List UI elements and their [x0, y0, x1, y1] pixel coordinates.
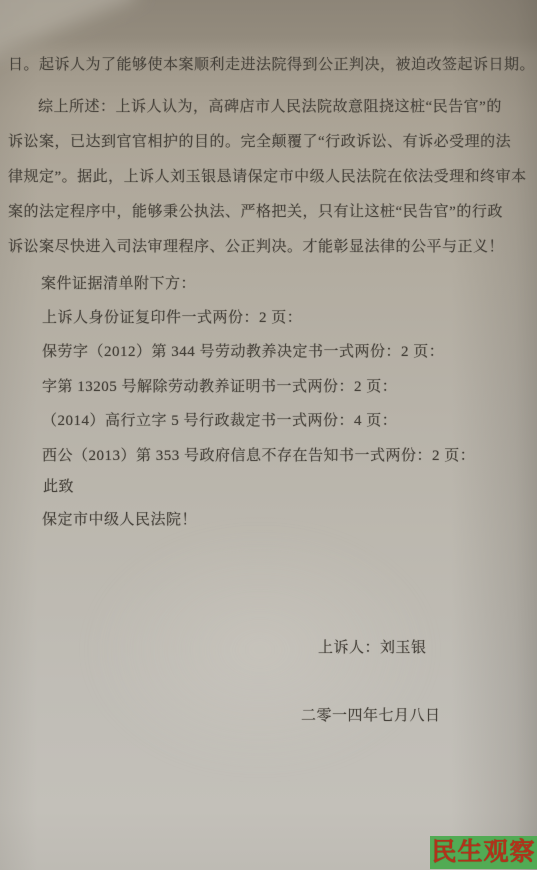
- court-name: 保定市中级人民法院！: [42, 508, 197, 529]
- evidence-item: 西公（2013）第 353 号政府信息不存在告知书一式两份：2 页：: [42, 444, 475, 465]
- watermark-text: 民生观察: [431, 839, 535, 866]
- paragraph-line: 诉讼案，已达到官官相护的目的。完全颠覆了“行政诉讼、有诉必受理的法: [8, 130, 511, 151]
- paragraph-line: 综上所述：上诉人认为，高碑店市人民法院故意阻挠这桩“民告官”的: [38, 95, 502, 116]
- closing-salutation: 此致: [43, 475, 74, 496]
- evidence-list-heading: 案件证据清单附下方：: [41, 272, 196, 293]
- photographed-document: 日。起诉人为了能够使本案顺利走进法院得到公正判决，被迫改签起诉日期。 综上所述：…: [0, 0, 537, 870]
- paragraph-line: 诉讼案尽快进入司法审理程序、公正判决。才能彰显法律的公平与正义！: [8, 235, 504, 256]
- paragraph-line: 案的法定程序中，能够秉公执法、严格把关，只有让这桩“民告官”的行政: [8, 200, 503, 221]
- paragraph-line: 日。起诉人为了能够使本案顺利走进法院得到公正判决，被迫改签起诉日期。: [8, 53, 535, 74]
- watermark-badge: 民生观察: [430, 836, 537, 869]
- evidence-item: 保劳字（2012）第 344 号劳动教养决定书一式两份：2 页：: [42, 340, 444, 361]
- appellant-signature: 上诉人：刘玉银: [318, 636, 427, 657]
- document-date: 二零一四年七月八日: [301, 704, 441, 725]
- evidence-item: 字第 13205 号解除劳动教养证明书一式两份：2 页：: [42, 375, 397, 396]
- evidence-item: （2014）高行立字 5 号行政裁定书一式两份：4 页：: [42, 409, 397, 430]
- evidence-item: 上诉人身份证复印件一式两份：2 页：: [42, 306, 302, 327]
- paragraph-line: 律规定”。据此，上诉人刘玉银恳请保定市中级人民法院在依法受理和终审本: [8, 165, 527, 186]
